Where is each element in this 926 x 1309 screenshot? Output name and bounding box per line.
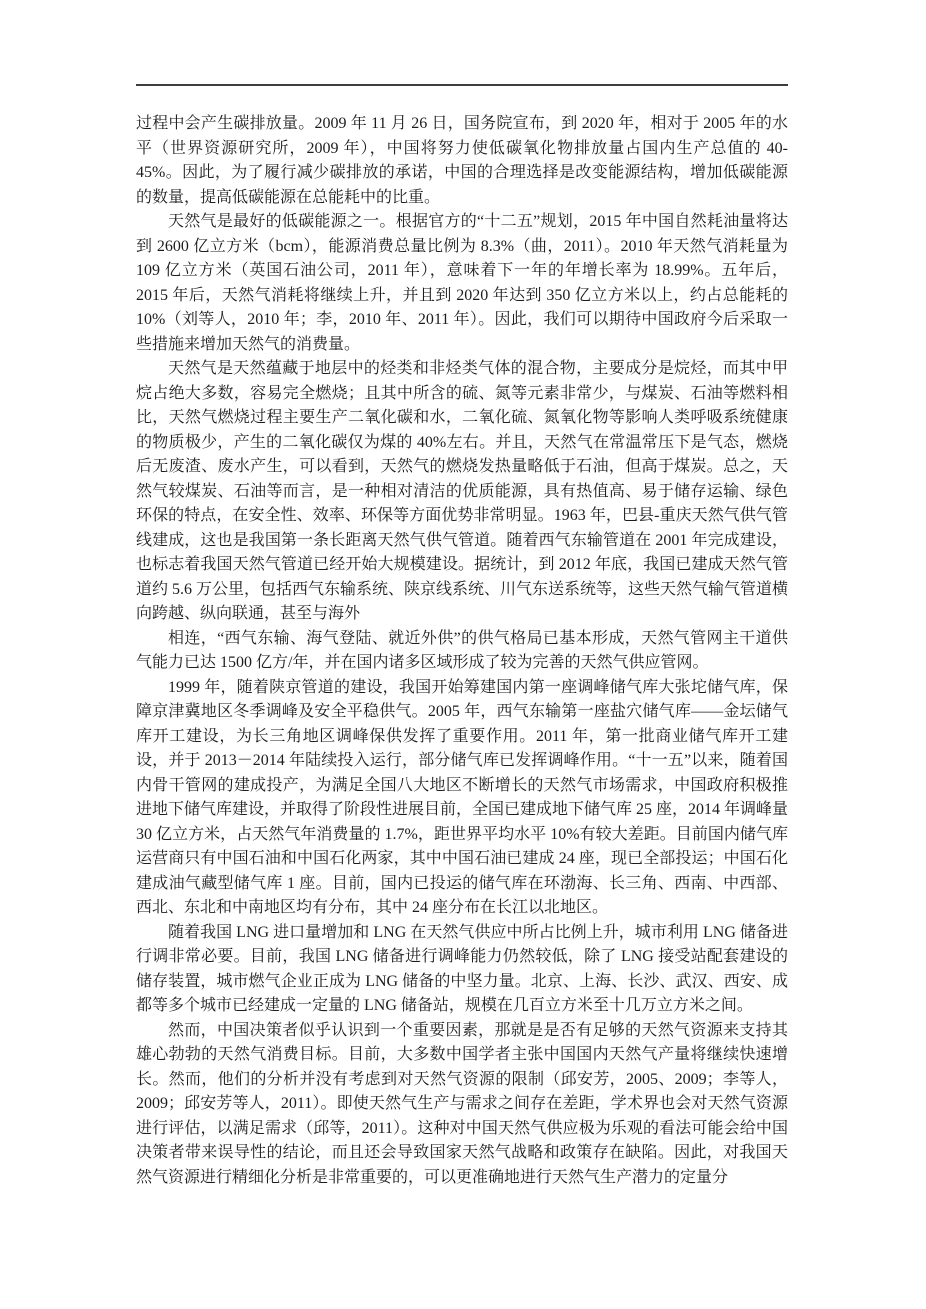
paragraph: 1999 年，随着陕京管道的建设，我国开始筹建国内第一座调峰储气库大张坨储气库，…	[136, 676, 788, 921]
paragraph: 过程中会产生碳排放量。2009 年 11 月 26 日，国务院宣布，到 2020…	[136, 112, 788, 210]
paragraph: 天然气是最好的低碳能源之一。根据官方的“十二五”规划，2015 年中国自然耗油量…	[136, 210, 788, 357]
paragraph: 天然气是天然蕴藏于地层中的烃类和非烃类气体的混合物，主要成分是烷烃，而其中甲烷占…	[136, 357, 788, 627]
document-page: 过程中会产生碳排放量。2009 年 11 月 26 日，国务院宣布，到 2020…	[0, 0, 926, 1309]
header-rule-divider	[136, 84, 788, 86]
paragraph: 相连，“西气东输、海气登陆、就近外供”的供气格局已基本形成，天然气管网主干道供气…	[136, 627, 788, 676]
document-body: 过程中会产生碳排放量。2009 年 11 月 26 日，国务院宣布，到 2020…	[136, 112, 788, 1190]
paragraph: 然而，中国决策者似乎认识到一个重要因素，那就是是否有足够的天然气资源来支持其雄心…	[136, 1019, 788, 1191]
paragraph: 随着我国 LNG 进口量增加和 LNG 在天然气供应中所占比例上升，城市利用 L…	[136, 921, 788, 1019]
